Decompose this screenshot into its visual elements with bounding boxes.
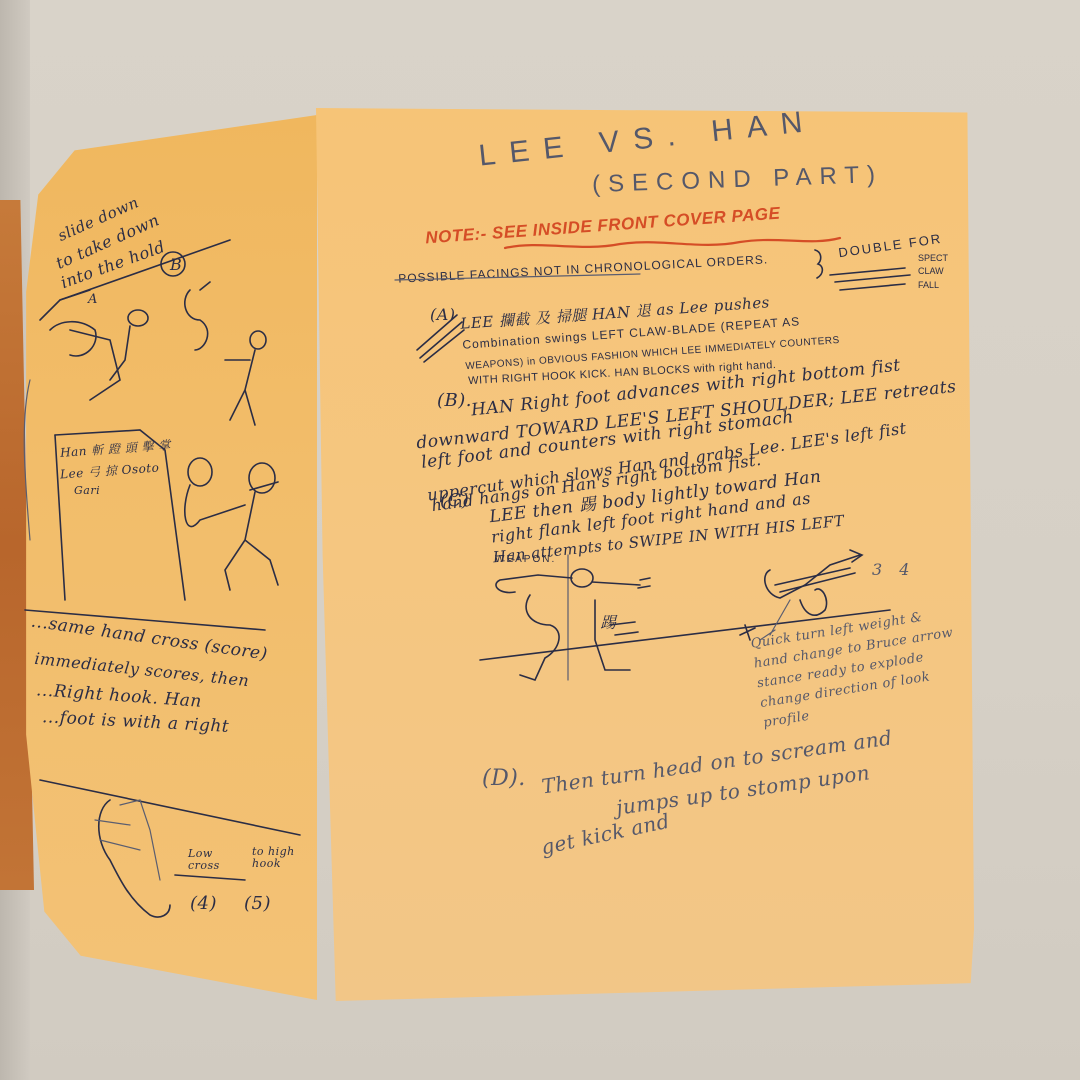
right-figure-chinese: 3 4 — [872, 560, 915, 579]
section-a-crossout — [412, 310, 472, 370]
section-d-label: (D). — [482, 766, 526, 791]
left-figure-chinese: 踢 — [600, 610, 617, 633]
left-page-sketches — [0, 0, 320, 1000]
section-c-label: (C) — [440, 490, 469, 511]
section-b-label: (B). — [437, 390, 472, 411]
